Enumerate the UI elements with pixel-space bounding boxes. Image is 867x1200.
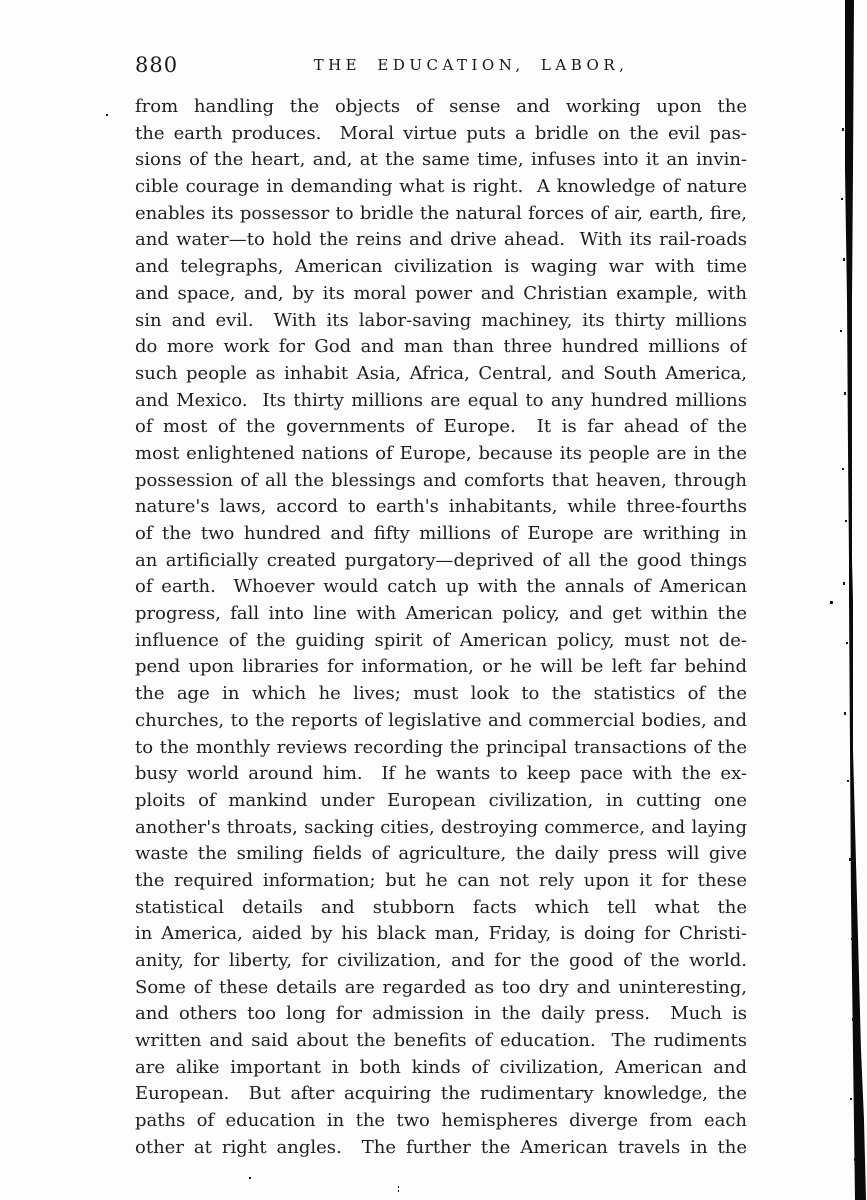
body-line: possession of all the blessings and comf… bbox=[135, 468, 747, 495]
body-line: cible courage in demanding what is right… bbox=[135, 174, 747, 201]
body-line: and space, and, by its moral power and C… bbox=[135, 281, 747, 308]
scanned-book-page: 880 THE EDUCATION, LABOR, from handling … bbox=[0, 0, 867, 1200]
body-line: sin and evil. With its labor-saving mach… bbox=[135, 308, 747, 335]
scan-gutter-shadow bbox=[845, 0, 866, 1200]
body-line: the required information; but he can not… bbox=[135, 868, 747, 895]
body-line: paths of education in the two hemisphere… bbox=[135, 1108, 747, 1135]
body-line: the earth produces. Moral virtue puts a … bbox=[135, 121, 747, 148]
body-line: European. But after acquiring the rudime… bbox=[135, 1081, 747, 1108]
body-line: an artificially created purgatory—depriv… bbox=[135, 548, 747, 575]
body-line: most enlightened nations of Europe, beca… bbox=[135, 441, 747, 468]
body-line: nature's laws, accord to earth's inhabit… bbox=[135, 494, 747, 521]
body-line: waste the smiling fields of agriculture,… bbox=[135, 841, 747, 868]
body-line: in America, aided by his black man, Frid… bbox=[135, 921, 747, 948]
body-line: busy world around him. If he wants to ke… bbox=[135, 761, 747, 788]
body-line: sions of the heart, and, at the same tim… bbox=[135, 147, 747, 174]
body-line: pend upon libraries for information, or … bbox=[135, 654, 747, 681]
body-line: of earth. Whoever would catch up with th… bbox=[135, 574, 747, 601]
body-line: statistical details and stubborn facts w… bbox=[135, 895, 747, 922]
body-line: of most of the governments of Europe. It… bbox=[135, 414, 747, 441]
page-header: 880 THE EDUCATION, LABOR, bbox=[135, 52, 747, 80]
running-header-title: THE EDUCATION, LABOR, bbox=[205, 56, 737, 74]
body-text: from handling the objects of sense and w… bbox=[135, 94, 747, 1162]
body-line: anity, for liberty, for civilization, an… bbox=[135, 948, 747, 975]
body-line: do more work for God and man than three … bbox=[135, 334, 747, 361]
body-line: to the monthly reviews recording the pri… bbox=[135, 735, 747, 762]
body-line: churches, to the reports of legislative … bbox=[135, 708, 747, 735]
body-line: and Mexico. Its thirty millions are equa… bbox=[135, 388, 747, 415]
body-line: are alike important in both kinds of civ… bbox=[135, 1055, 747, 1082]
body-line: ploits of mankind under European civiliz… bbox=[135, 788, 747, 815]
body-line: other at right angles. The further the A… bbox=[135, 1135, 747, 1162]
body-line: influence of the guiding spirit of Ameri… bbox=[135, 628, 747, 655]
body-line: written and said about the benefits of e… bbox=[135, 1028, 747, 1055]
body-line: and telegraphs, American civilization is… bbox=[135, 254, 747, 281]
body-line: the age in which he lives; must look to … bbox=[135, 681, 747, 708]
body-line: progress, fall into line with American p… bbox=[135, 601, 747, 628]
body-line: Some of these details are regarded as to… bbox=[135, 975, 747, 1002]
body-line: enables its possessor to bridle the natu… bbox=[135, 201, 747, 228]
body-line: of the two hundred and fifty millions of… bbox=[135, 521, 747, 548]
body-line: and others too long for admission in the… bbox=[135, 1001, 747, 1028]
body-line: from handling the objects of sense and w… bbox=[135, 94, 747, 121]
page-number: 880 bbox=[135, 53, 178, 77]
body-line: and water—to hold the reins and drive ah… bbox=[135, 227, 747, 254]
body-line: another's throats, sacking cities, destr… bbox=[135, 815, 747, 842]
body-line: such people as inhabit Asia, Africa, Cen… bbox=[135, 361, 747, 388]
